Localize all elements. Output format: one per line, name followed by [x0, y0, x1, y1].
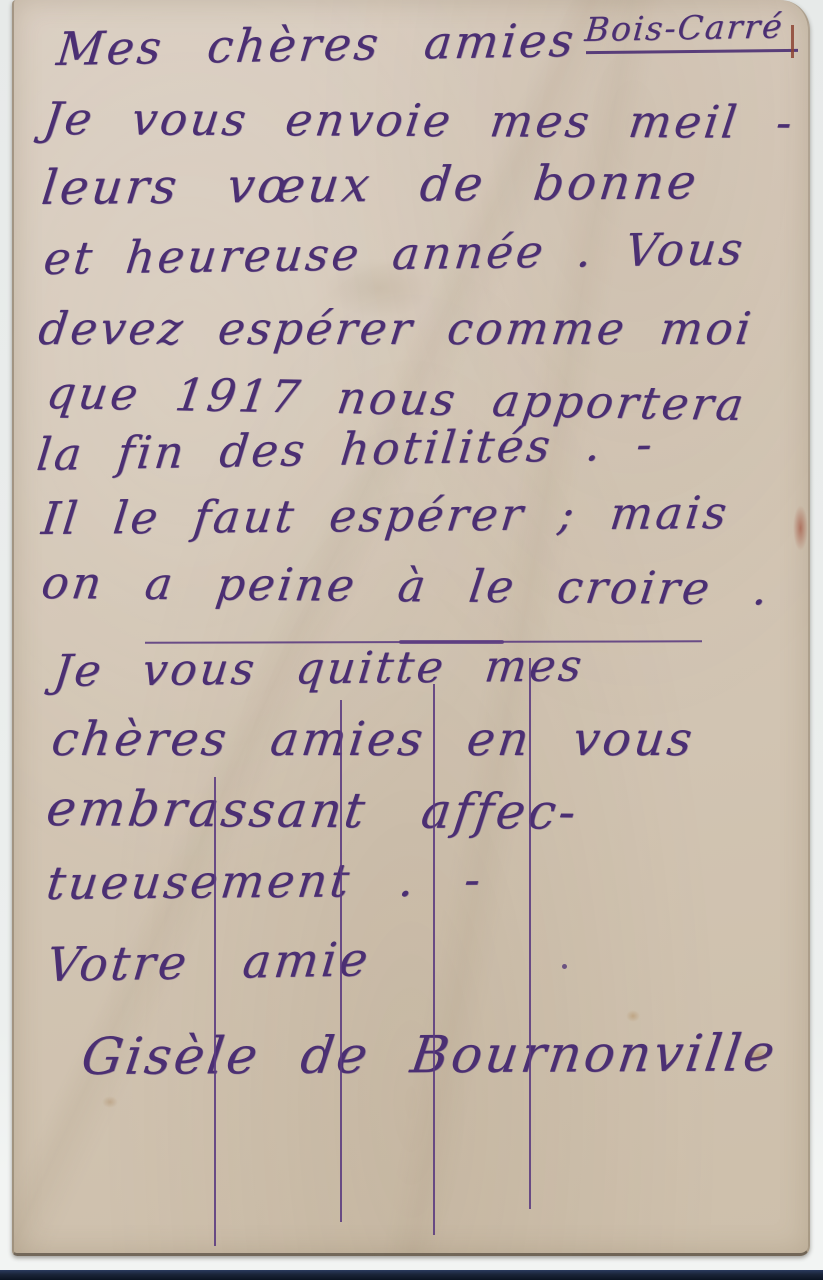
- handwriting-line: Je vous envoie mes meil -: [41, 92, 798, 149]
- postcard: Bois-Carré Mes chères amies Je vous envo…: [12, 0, 810, 1256]
- foxing-stain: [747, 1046, 769, 1063]
- location-header: Bois-Carré: [583, 6, 785, 49]
- foxing-stain: [102, 1096, 118, 1108]
- handwriting-line: Je vous quitte mes: [51, 640, 587, 697]
- handwriting-line: Il le faut espérer ; mais: [39, 486, 732, 545]
- foxing-stain: [626, 1010, 640, 1022]
- location-underline: [586, 49, 798, 54]
- handwriting-line: embrassant affec-: [43, 780, 582, 841]
- handwriting-line: la fin des hotilités . -: [34, 417, 657, 481]
- divider-line-overstroke: [399, 640, 504, 644]
- scan-background: Bois-Carré Mes chères amies Je vous envo…: [0, 0, 823, 1280]
- red-edge-stain: [793, 505, 808, 551]
- column-line-3: [433, 684, 435, 1235]
- red-edge-mark: [791, 25, 794, 58]
- handwriting-line: on a peine à le croire .: [39, 556, 775, 615]
- column-line-1: [214, 777, 216, 1246]
- handwriting-line: Votre amie: [44, 932, 373, 993]
- column-line-2: [340, 700, 342, 1222]
- handwriting-line: leurs vœux de bonne: [39, 154, 702, 216]
- handwriting-line: Mes chères amies: [54, 13, 579, 76]
- handwriting-line: chères amies en vous: [49, 712, 698, 767]
- ink-dot: [562, 964, 567, 969]
- scan-bottom-edge: [0, 1270, 823, 1280]
- signature: Gisèle de Bournonville: [78, 1024, 781, 1087]
- column-line-4: [529, 658, 531, 1209]
- handwriting-line: tueusement . -: [44, 852, 486, 910]
- paper-smudge: [324, 258, 434, 318]
